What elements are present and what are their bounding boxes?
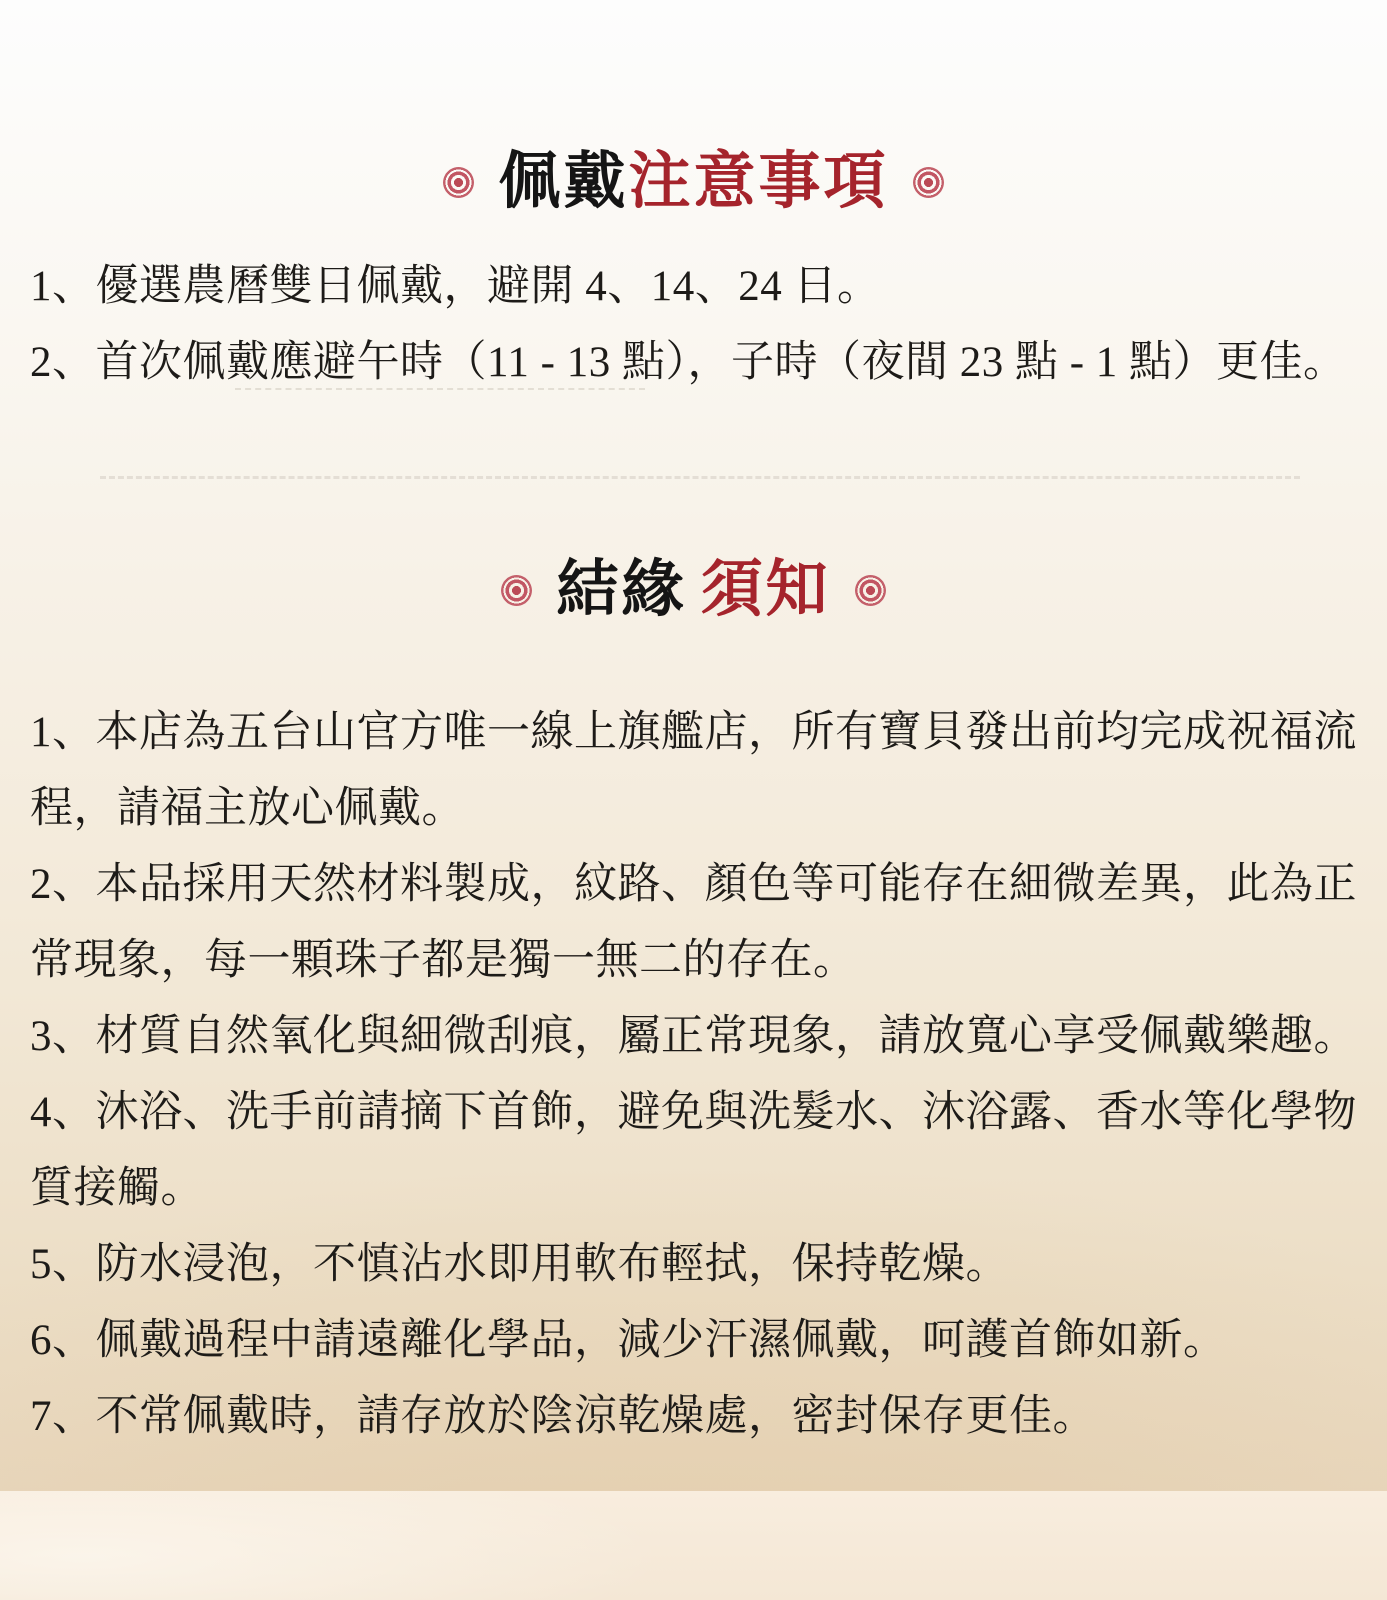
list-item: 5、防水浸泡，不慎沾水即用軟布輕拭，保持乾燥。 xyxy=(30,1227,1359,1303)
section-title-black: 佩戴 xyxy=(498,147,628,216)
notice-panel: 佩戴注意事項 1、優選農曆雙日佩戴，避開 4、14、24 日。 2、首次佩戴應避… xyxy=(0,0,1387,1491)
list-item: 2、首次佩戴應避午時（11 - 13 點），子時（夜間 23 點 - 1 點）更… xyxy=(30,325,1359,401)
list-item: 7、不常佩戴時，請存放於陰涼乾燥處，密封保存更佳。 xyxy=(30,1379,1359,1455)
section-title-affinity: 結緣須知 xyxy=(556,556,830,624)
list-item: 6、佩戴過程中請遠離化學品，減少汗濕佩戴，呵護首飾如新。 xyxy=(30,1303,1359,1379)
list-item: 2、本品採用天然材料製成，紋路、顏色等可能存在細微差異，此為正常現象，每一顆珠子… xyxy=(30,847,1359,999)
list-item: 3、材質自然氧化與細微刮痕，屬正常現象，請放寬心享受佩戴樂趣。 xyxy=(30,999,1359,1075)
wearing-notes-list: 1、優選農曆雙日佩戴，避開 4、14、24 日。 2、首次佩戴應避午時（11 -… xyxy=(0,249,1387,401)
section-title-black: 結緣 xyxy=(556,555,686,624)
bullseye-icon xyxy=(501,575,532,606)
section-header-wearing: 佩戴注意事項 xyxy=(0,148,1387,216)
section-title-accent: 須知 xyxy=(701,555,831,624)
section-header-affinity: 結緣須知 xyxy=(0,556,1387,624)
section-divider xyxy=(100,476,1300,479)
bullseye-icon xyxy=(913,167,944,198)
section-title-wearing: 佩戴注意事項 xyxy=(498,148,888,216)
bullseye-icon xyxy=(443,167,474,198)
section-title-accent: 注意事項 xyxy=(629,147,889,216)
list-item: 1、優選農曆雙日佩戴，避開 4、14、24 日。 xyxy=(30,249,1359,325)
faint-watermark-dashes xyxy=(235,388,645,390)
bullseye-icon xyxy=(855,575,886,606)
product-notice-page: 佩戴注意事項 1、優選農曆雙日佩戴，避開 4、14、24 日。 2、首次佩戴應避… xyxy=(0,0,1387,1600)
affinity-notes-list: 1、本店為五台山官方唯一線上旗艦店，所有寶貝發出前均完成祝福流程，請福主放心佩戴… xyxy=(0,695,1387,1455)
list-item: 4、沐浴、洗手前請摘下首飾，避免與洗髮水、沐浴露、香水等化學物質接觸。 xyxy=(30,1075,1359,1227)
next-section-strip xyxy=(0,1491,1387,1600)
list-item: 1、本店為五台山官方唯一線上旗艦店，所有寶貝發出前均完成祝福流程，請福主放心佩戴… xyxy=(30,695,1359,847)
